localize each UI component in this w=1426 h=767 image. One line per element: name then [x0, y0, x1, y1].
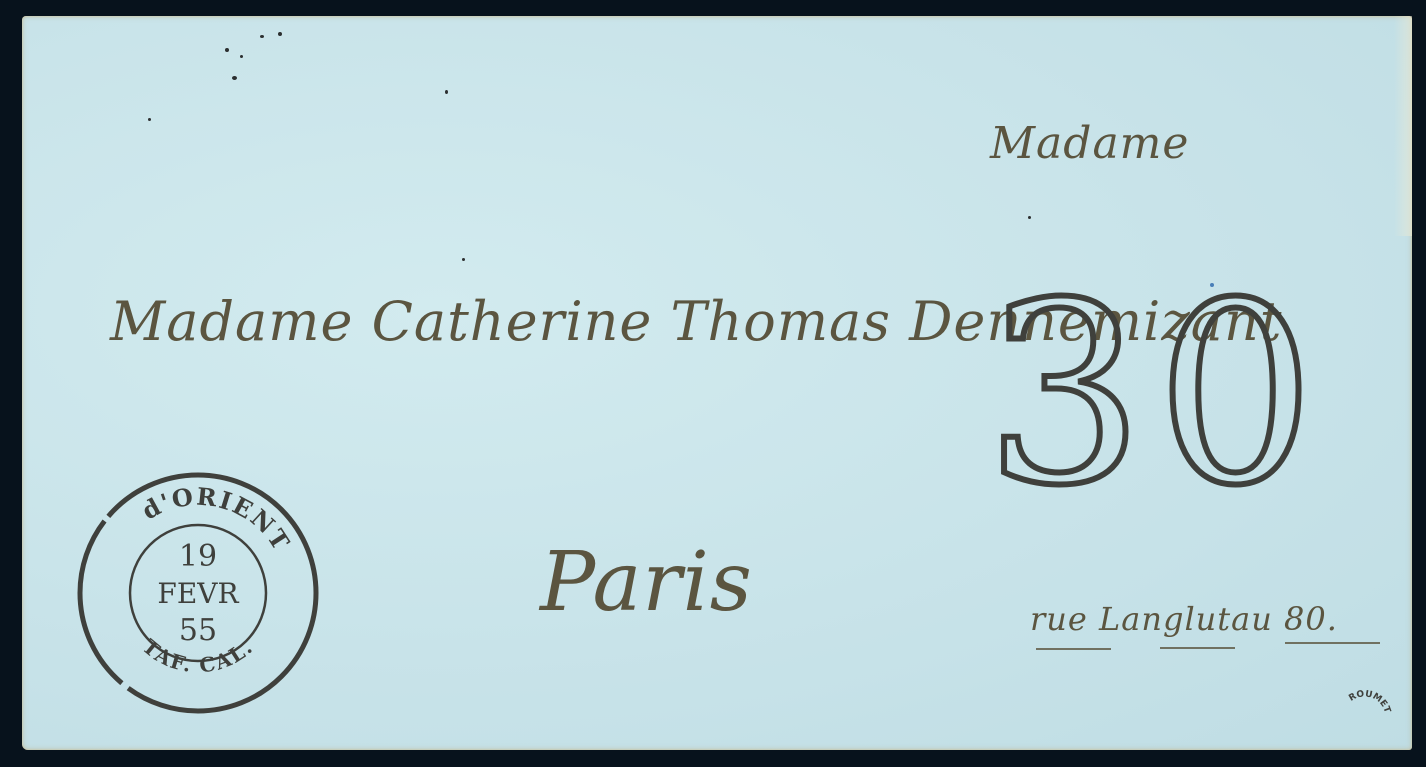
ink-speck: [225, 48, 229, 52]
expertizer-text: ROUMET: [1347, 690, 1392, 724]
datestamp-rings: d'ORIENT TAF. CAL. 19 FEVR 55: [75, 470, 321, 716]
salutation-madame: Madame: [990, 118, 1189, 169]
city-name: Paris: [540, 535, 753, 630]
svg-text:ROUMET: ROUMET: [1347, 690, 1392, 724]
envelope-fold-edge: [1394, 16, 1412, 236]
postage-due-handstamp: 30: [985, 270, 1327, 520]
datestamp-month: FEVR: [157, 577, 239, 610]
datestamp-day: 19: [179, 539, 217, 574]
street-underline: [1160, 647, 1235, 649]
street-underline: [1285, 642, 1380, 644]
cancellation-datestamp: d'ORIENT TAF. CAL. 19 FEVR 55: [75, 470, 321, 716]
ink-speck: [260, 35, 264, 38]
street-address: rue Langlutau 80.: [1030, 600, 1338, 638]
ink-speck: [1028, 216, 1031, 219]
ink-speck: [278, 32, 282, 36]
datestamp-year: 55: [179, 613, 217, 648]
ink-speck: [462, 258, 465, 261]
street-underline: [1036, 648, 1111, 650]
ink-speck: [148, 118, 151, 121]
expertizer-mark: ROUMET: [1340, 690, 1400, 740]
ink-speck: [232, 76, 237, 80]
ink-speck: [240, 55, 243, 58]
ink-speck: [445, 90, 448, 94]
